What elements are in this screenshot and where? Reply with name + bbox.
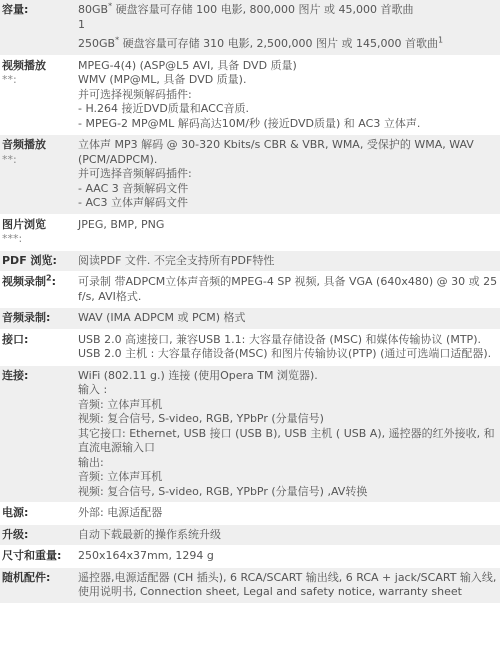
spec-value: USB 2.0 高速接口, 兼容USB 1.1: 大容量存储设备 (MSC) 和… [76,329,500,365]
spec-row-pdf-viewing: PDF 浏览: 阅读PDF 文件. 不完全支持所有PDF特性 [0,250,500,272]
spec-row-interfaces: 接口: USB 2.0 高速接口, 兼容USB 1.1: 大容量存储设备 (MS… [0,329,500,365]
spec-label: 连接: [0,365,76,503]
spec-row-accessories: 随机配件: 遥控器,电源适配器 (CH 插头), 6 RCA/SCART 输出线… [0,567,500,603]
spec-value: WAV (IMA ADPCM 或 PCM) 格式 [76,308,500,330]
spec-value: 自动下载最新的操作系统升级 [76,524,500,546]
spec-value: 外部: 电源适配器 [76,503,500,525]
spec-label: 视频录制2: [0,272,76,308]
spec-value: 可录制 带ADPCM立体声音频的MPEG-4 SP 视频, 具备 VGA (64… [76,272,500,308]
spec-label: 音频录制: [0,308,76,330]
spec-value: WiFi (802.11 g.) 连接 (使用Opera TM 浏览器). 输入… [76,365,500,503]
spec-row-video-recording: 视频录制2: 可录制 带ADPCM立体声音频的MPEG-4 SP 视频, 具备 … [0,272,500,308]
spec-row-audio-recording: 音频录制: WAV (IMA ADPCM 或 PCM) 格式 [0,308,500,330]
spec-value: 遥控器,电源适配器 (CH 插头), 6 RCA/SCART 输出线, 6 RC… [76,567,500,603]
spec-row-video-playback: 视频播放**: MPEG-4(4) (ASP@L5 AVI, 具备 DVD 质量… [0,55,500,135]
spec-label: 接口: [0,329,76,365]
spec-table: 容量: 80GB* 硬盘容量可存储 100 电影, 800,000 图片 或 4… [0,0,500,604]
spec-label: 图片浏览***: [0,214,76,250]
spec-value: MPEG-4(4) (ASP@L5 AVI, 具备 DVD 质量) WMV (M… [76,55,500,135]
spec-label: 随机配件: [0,567,76,603]
spec-row-capacity: 容量: 80GB* 硬盘容量可存储 100 电影, 800,000 图片 或 4… [0,0,500,55]
spec-row-upgrade: 升级: 自动下载最新的操作系统升级 [0,524,500,546]
capacity-250gb: 250GB* 硬盘容量可存储 310 电影, 2,500,000 图片 或 14… [78,37,498,52]
spec-value: 80GB* 硬盘容量可存储 100 电影, 800,000 图片 或 45,00… [76,0,500,55]
spec-label: 升级: [0,524,76,546]
spec-row-dimensions: 尺寸和重量: 250x164x37mm, 1294 g [0,546,500,568]
capacity-80gb: 80GB* 硬盘容量可存储 100 电影, 800,000 图片 或 45,00… [78,3,498,32]
spec-row-connectivity: 连接: WiFi (802.11 g.) 连接 (使用Opera TM 浏览器)… [0,365,500,503]
spec-row-audio-playback: 音频播放**: 立体声 MP3 解码 @ 30-320 Kbits/s CBR … [0,135,500,215]
spec-value: JPEG, BMP, PNG [76,214,500,250]
spec-label: PDF 浏览: [0,250,76,272]
spec-label: 容量: [0,0,76,55]
spec-label: 电源: [0,503,76,525]
spec-label: 视频播放**: [0,55,76,135]
spec-row-power: 电源: 外部: 电源适配器 [0,503,500,525]
spec-label: 尺寸和重量: [0,546,76,568]
spec-label: 音频播放**: [0,135,76,215]
spec-value: 阅读PDF 文件. 不完全支持所有PDF特性 [76,250,500,272]
spec-value: 立体声 MP3 解码 @ 30-320 Kbits/s CBR & VBR, W… [76,135,500,215]
spec-row-photo-viewing: 图片浏览***: JPEG, BMP, PNG [0,214,500,250]
spec-value: 250x164x37mm, 1294 g [76,546,500,568]
